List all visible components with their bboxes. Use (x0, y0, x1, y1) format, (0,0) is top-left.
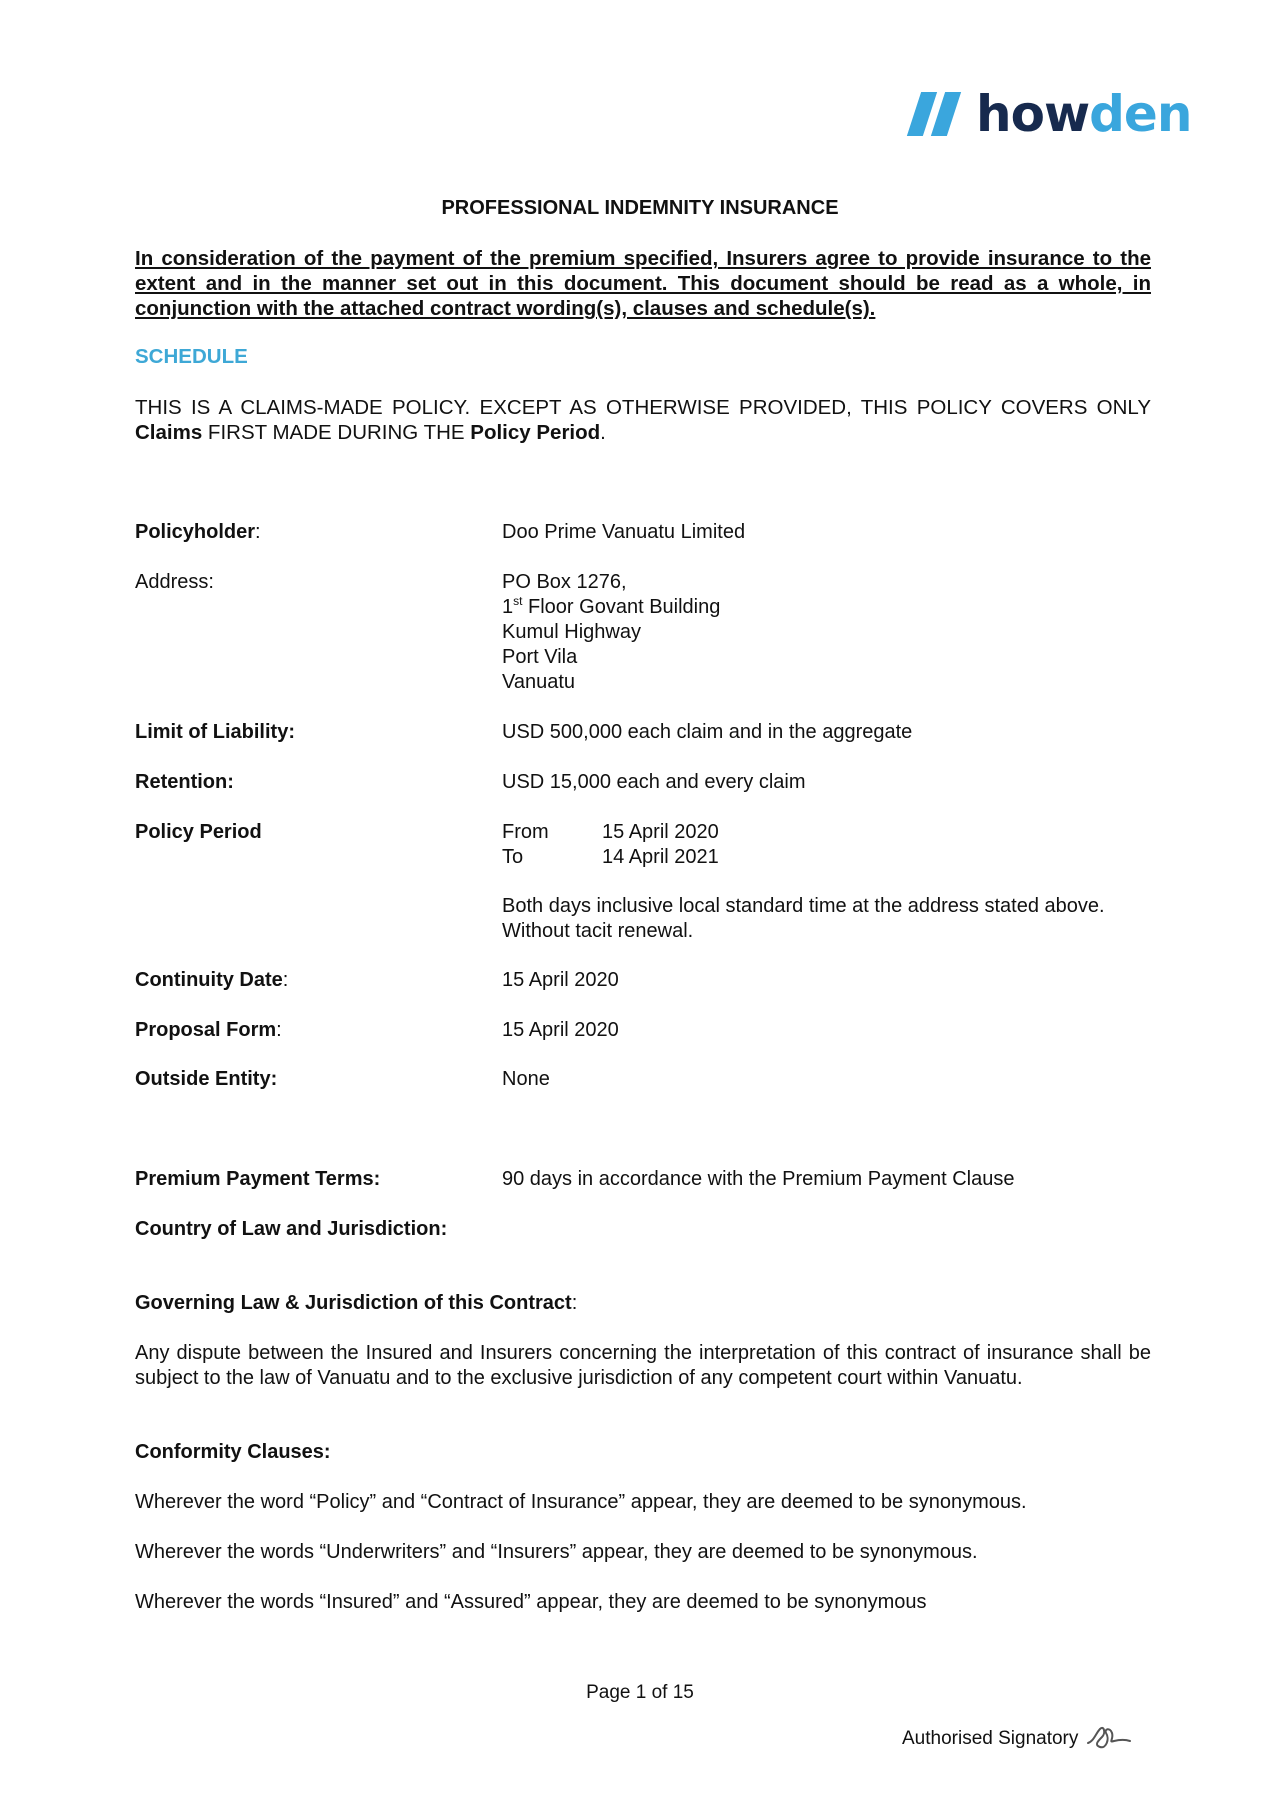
outside-entity-label: Outside Entity: (135, 1067, 277, 1092)
policy-period-from: From15 April 2020 (502, 820, 719, 845)
policyholder-label: Policyholder: (135, 520, 261, 545)
governing-law-heading: Governing Law & Jurisdiction of this Con… (135, 1291, 577, 1316)
logo-wordmark: howden (976, 84, 1191, 144)
authorised-signatory: Authorised Signatory (902, 1723, 1134, 1753)
address-label: Address: (135, 570, 214, 595)
continuity-date-value: 15 April 2020 (502, 968, 619, 993)
conformity-clauses-heading: Conformity Clauses: (135, 1440, 331, 1465)
howden-logo: howden (908, 84, 1191, 144)
claims-made-notice: THIS IS A CLAIMS-MADE POLICY. EXCEPT AS … (135, 395, 1151, 445)
page-number: Page 1 of 15 (0, 1680, 1280, 1705)
premium-payment-terms-label: Premium Payment Terms: (135, 1167, 380, 1192)
policy-period-to: To14 April 2021 (502, 845, 719, 870)
conformity-clause: Wherever the word “Policy” and “Contract… (135, 1490, 1151, 1515)
policy-period-note: Both days inclusive local standard time … (502, 894, 1105, 944)
proposal-form-label: Proposal Form: (135, 1018, 282, 1043)
conformity-clause: Wherever the words “Underwriters” and “I… (135, 1540, 1151, 1565)
signature-icon (1084, 1723, 1134, 1753)
policyholder-value: Doo Prime Vanuatu Limited (502, 520, 745, 545)
double-slash-logo-icon (908, 92, 964, 136)
continuity-date-label: Continuity Date: (135, 968, 288, 993)
governing-law-text: Any dispute between the Insured and Insu… (135, 1341, 1151, 1391)
document-title: PROFESSIONAL INDEMNITY INSURANCE (0, 196, 1280, 221)
retention-label: Retention: (135, 770, 234, 795)
premium-payment-terms-value: 90 days in accordance with the Premium P… (502, 1167, 1014, 1192)
policy-period-value: From15 April 2020 To14 April 2021 (502, 820, 719, 870)
signatory-label: Authorised Signatory (902, 1726, 1078, 1751)
conformity-clause: Wherever the words “Insured” and “Assure… (135, 1590, 1151, 1615)
proposal-form-value: 15 April 2020 (502, 1018, 619, 1043)
address-value: PO Box 1276, 1st Floor Govant Building K… (502, 570, 720, 695)
country-of-law-label: Country of Law and Jurisdiction: (135, 1217, 447, 1242)
retention-value: USD 15,000 each and every claim (502, 770, 806, 795)
limit-of-liability-value: USD 500,000 each claim and in the aggreg… (502, 720, 912, 745)
outside-entity-value: None (502, 1067, 550, 1092)
policy-period-label: Policy Period (135, 820, 262, 845)
limit-of-liability-label: Limit of Liability: (135, 720, 295, 745)
intro-statement: In consideration of the payment of the p… (135, 246, 1151, 321)
schedule-heading: SCHEDULE (135, 344, 248, 369)
